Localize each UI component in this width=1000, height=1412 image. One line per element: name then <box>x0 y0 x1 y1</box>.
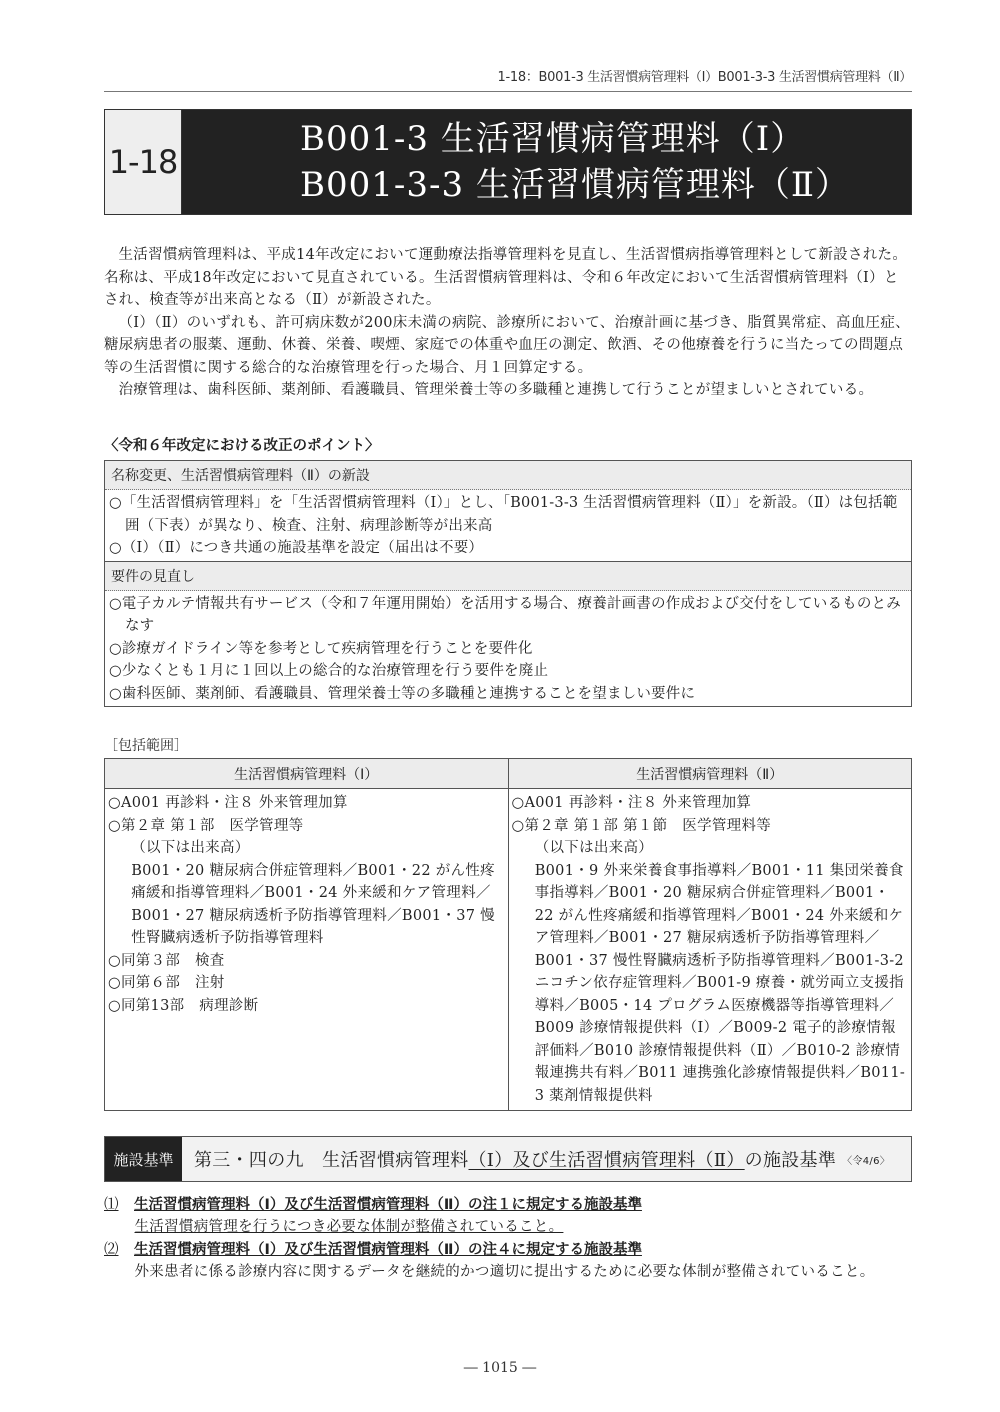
criterion-heading-text: 生活習慣病管理料（Ⅰ）及び生活習慣病管理料（Ⅱ）の注１に規定する施設基準 <box>134 1194 642 1216</box>
scope-cell-2: ○A001 再診料・注８ 外来管理加算 ○第２章 第１部 第１節 医学管理料等 … <box>508 789 912 1111</box>
section-title-line-1: B001-3 生活習慣病管理料（Ⅰ） <box>300 116 911 162</box>
facility-title-prefix: 第三・四の九 生活習慣病管理料 <box>194 1146 469 1172</box>
revision-item: ○診療ガイドライン等を参考として疾病管理を行うことを要件化 <box>109 638 907 661</box>
criterion-heading: ⑴ 生活習慣病管理料（Ⅰ）及び生活習慣病管理料（Ⅱ）の注１に規定する施設基準 <box>104 1194 912 1216</box>
scope-line: ○第２章 第１部 第１節 医学管理料等 <box>512 815 909 838</box>
scope-line: （以下は出来高） <box>108 837 505 860</box>
facility-standards-tag: 施設基準 <box>105 1137 182 1181</box>
revision-item: ○少なくとも１月に１回以上の総合的な治療管理を行う要件を廃止 <box>109 660 907 683</box>
scope-line: ○第２章 第１部 医学管理等 <box>108 815 505 838</box>
section-title-line-2: B001-3-3 生活習慣病管理料（Ⅱ） <box>300 162 911 208</box>
section-title: B001-3 生活習慣病管理料（Ⅰ） B001-3-3 生活習慣病管理料（Ⅱ） <box>182 110 911 214</box>
revision-item: ○（Ⅰ）（Ⅱ）につき共通の施設基準を設定（届出は不要） <box>109 537 907 560</box>
revision-marker: 〈令4/6〉 <box>842 1152 890 1167</box>
intro-paragraph: （Ⅰ）（Ⅱ）のいずれも、許可病床数が200床未満の病院、診療所において、治療計画… <box>104 312 912 380</box>
facility-criteria: ⑴ 生活習慣病管理料（Ⅰ）及び生活習慣病管理料（Ⅱ）の注１に規定する施設基準 生… <box>104 1194 912 1284</box>
page-number: ― 1015 ― <box>0 1360 1000 1376</box>
facility-title-underlined: （Ⅰ）及び生活習慣病管理料（Ⅱ） <box>469 1146 745 1172</box>
scope-line: B001・20 糖尿病合併症管理料／B001・22 がん性疼痛緩和指導管理料／B… <box>108 860 505 950</box>
section-title-block: 1-18 B001-3 生活習慣病管理料（Ⅰ） B001-3-3 生活習慣病管理… <box>104 109 912 215</box>
criterion-heading: ⑵ 生活習慣病管理料（Ⅰ）及び生活習慣病管理料（Ⅱ）の注４に規定する施設基準 <box>104 1239 912 1261</box>
facility-standards-title: 第三・四の九 生活習慣病管理料 （Ⅰ）及び生活習慣病管理料（Ⅱ） の施設基準 〈… <box>182 1137 911 1181</box>
revision-group-body: ○「生活習慣病管理料」を「生活習慣病管理料（Ⅰ）」とし、「B001-3-3 生活… <box>105 490 911 561</box>
scope-line: ○同第13部 病理診断 <box>108 995 505 1018</box>
facility-standards-bar: 施設基準 第三・四の九 生活習慣病管理料 （Ⅰ）及び生活習慣病管理料（Ⅱ） の施… <box>104 1136 912 1182</box>
criterion-number: ⑴ <box>104 1194 134 1216</box>
section-number: 1-18 <box>105 110 182 214</box>
scope-column-header-2: 生活習慣病管理料（Ⅱ） <box>508 759 912 789</box>
criterion-body: 生活習慣病管理を行うにつき必要な体制が整備されていること。 <box>104 1216 912 1239</box>
revision-item: ○「生活習慣病管理料」を「生活習慣病管理料（Ⅰ）」とし、「B001-3-3 生活… <box>109 492 907 537</box>
criterion-heading-text: 生活習慣病管理料（Ⅰ）及び生活習慣病管理料（Ⅱ）の注４に規定する施設基準 <box>134 1239 642 1261</box>
revision-group-title: 要件の見直し <box>105 561 911 591</box>
revision-points-box: 名称変更、生活習慣病管理料（Ⅱ）の新設 ○「生活習慣病管理料」を「生活習慣病管理… <box>104 460 912 707</box>
intro-text: 生活習慣病管理料は、平成14年改定において運動療法指導管理料を見直し、生活習慣病… <box>104 244 912 402</box>
scope-table: 生活習慣病管理料（Ⅰ） 生活習慣病管理料（Ⅱ） ○A001 再診料・注８ 外来管… <box>104 758 912 1111</box>
running-header: 1-18：B001-3 生活習慣病管理料（Ⅰ）B001-3-3 生活習慣病管理料… <box>104 66 912 92</box>
intro-paragraph: 治療管理は、歯科医師、薬剤師、看護職員、管理栄養士等の多職種と連携して行うことが… <box>104 379 912 402</box>
scope-cell-1: ○A001 再診料・注８ 外来管理加算 ○第２章 第１部 医学管理等 （以下は出… <box>105 789 509 1111</box>
facility-title-suffix: の施設基準 <box>745 1146 837 1172</box>
revision-item: ○電子カルテ情報共有サービス（令和７年運用開始）を活用する場合、療養計画書の作成… <box>109 593 907 638</box>
criterion-number: ⑵ <box>104 1239 134 1261</box>
scope-line: （以下は出来高） <box>512 837 909 860</box>
revision-group-title: 名称変更、生活習慣病管理料（Ⅱ）の新設 <box>105 461 911 490</box>
scope-line: ○A001 再診料・注８ 外来管理加算 <box>108 792 505 815</box>
revision-item: ○歯科医師、薬剤師、看護職員、管理栄養士等の多職種と連携することを望ましい要件に <box>109 683 907 706</box>
scope-line: ○A001 再診料・注８ 外来管理加算 <box>512 792 909 815</box>
revision-points-heading: 〈令和６年改定における改正のポイント〉 <box>104 434 380 455</box>
scope-column-header-1: 生活習慣病管理料（Ⅰ） <box>105 759 509 789</box>
revision-group-body: ○電子カルテ情報共有サービス（令和７年運用開始）を活用する場合、療養計画書の作成… <box>105 591 911 707</box>
scope-line: ○同第６部 注射 <box>108 972 505 995</box>
intro-paragraph: 生活習慣病管理料は、平成14年改定において運動療法指導管理料を見直し、生活習慣病… <box>104 244 912 312</box>
criterion-body: 外来患者に係る診療内容に関するデータを継続的かつ適切に提出するために必要な体制が… <box>104 1261 912 1284</box>
criterion-body-text: 生活習慣病管理を行うにつき必要な体制が整備されていること。 <box>135 1219 564 1235</box>
scope-line: B001・9 外来栄養食事指導料／B001・11 集団栄養食事指導料／B001・… <box>512 860 909 1108</box>
scope-line: ○同第３部 検査 <box>108 950 505 973</box>
scope-label: ［包括範囲］ <box>104 735 188 755</box>
